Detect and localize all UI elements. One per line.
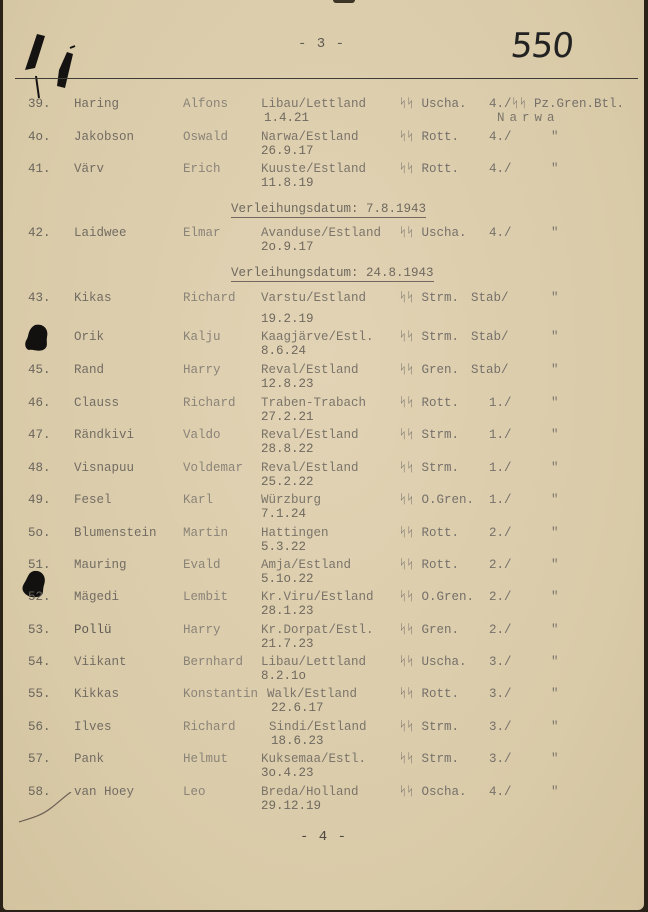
- birth-date: 19.2.19: [261, 312, 314, 326]
- ditto-mark: ": [551, 687, 559, 701]
- unit: 3./: [489, 687, 512, 701]
- rank: ᛋᛋ Rott.: [399, 526, 459, 540]
- last-name: Kikas: [74, 291, 112, 305]
- list-item: 4o. Jakobson Oswald Narwa/Estland 26.9.1…: [3, 130, 644, 166]
- entry-number: 43.: [28, 291, 51, 305]
- birthplace: Varstu/Estland: [261, 291, 366, 305]
- birthplace: Reval/Estland: [261, 461, 359, 475]
- list-item: 58. van Hoey Leo Breda/Holland 29.12.19 …: [3, 785, 644, 821]
- birth-date: 11.8.19: [261, 176, 314, 190]
- last-name: Pank: [74, 752, 104, 766]
- entry-number: 4o.: [28, 130, 51, 144]
- list-item: 48. Visnapuu Voldemar Reval/Estland 25.2…: [3, 461, 644, 497]
- rank: ᛋᛋ Oscha.: [399, 785, 467, 799]
- document-page: - 3 - 550 39. Haring Alfons Libau/Lettla…: [3, 0, 644, 910]
- unit: 4./ᛋᛋ Pz.Gren.Btl.: [489, 97, 624, 111]
- last-name: Haring: [74, 97, 119, 111]
- list-item: 56. Ilves Richard Sindi/Estland 18.6.23 …: [3, 720, 644, 756]
- unit: Stab/: [471, 363, 509, 377]
- last-name: Rand: [74, 363, 104, 377]
- ditto-mark: ": [551, 752, 559, 766]
- list-item: 47. Rändkivi Valdo Reval/Estland 28.8.22…: [3, 428, 644, 464]
- list-item: 41. Värv Erich Kuuste/Estland 11.8.19 ᛋᛋ…: [3, 162, 644, 198]
- entry-number: 5o.: [28, 526, 51, 540]
- unit: 3./: [489, 720, 512, 734]
- ditto-mark: ": [551, 130, 559, 144]
- section-heading: Verleihungsdatum: 7.8.1943: [231, 202, 426, 218]
- birth-date: 26.9.17: [261, 144, 314, 158]
- unit: 4./: [489, 226, 512, 240]
- unit: 3./: [489, 752, 512, 766]
- list-item: 53. Pollü Harry Kr.Dorpat/Estl. 21.7.23 …: [3, 623, 644, 659]
- list-item: 45. Rand Harry Reval/Estland 12.8.23 ᛋᛋ …: [3, 363, 644, 399]
- unit: 2./: [489, 623, 512, 637]
- entry-number: 42.: [28, 226, 51, 240]
- birthplace: Kr.Viru/Estland: [261, 590, 374, 604]
- birthplace: Kuksemaa/Estl.: [261, 752, 366, 766]
- birth-date: 25.2.22: [261, 475, 314, 489]
- first-name: Richard: [183, 720, 236, 734]
- last-name: Rändkivi: [74, 428, 134, 442]
- birthplace: Narwa/Estland: [261, 130, 359, 144]
- last-name: Visnapuu: [74, 461, 134, 475]
- first-name: Richard: [183, 396, 236, 410]
- birthplace: Kr.Dorpat/Estl.: [261, 623, 374, 637]
- last-name: Mauring: [74, 558, 127, 572]
- birth-date: 22.6.17: [271, 701, 324, 715]
- first-name: Lembit: [183, 590, 228, 604]
- last-name: Orik: [74, 330, 104, 344]
- first-name: Karl: [183, 493, 213, 507]
- first-name: Kalju: [183, 330, 221, 344]
- ditto-mark: ": [551, 363, 559, 377]
- entry-number: 46.: [28, 396, 51, 410]
- unit: Stab/: [471, 330, 509, 344]
- ditto-mark: ": [551, 291, 559, 305]
- first-name: Evald: [183, 558, 221, 572]
- list-item: 39. Haring Alfons Libau/Lettland 1.4.21 …: [3, 97, 644, 133]
- birthplace: Avanduse/Estland: [261, 226, 381, 240]
- birthplace: Würzburg: [261, 493, 321, 507]
- first-name: Elmar: [183, 226, 221, 240]
- birth-date: 18.6.23: [271, 734, 324, 748]
- header-rule: [15, 78, 638, 79]
- birth-date: 7.1.24: [261, 507, 306, 521]
- rank: ᛋᛋ Uscha.: [399, 655, 467, 669]
- last-name: van Hoey: [74, 785, 134, 799]
- list-item: 46. Clauss Richard Traben-Trabach 27.2.2…: [3, 396, 644, 432]
- pencil-tick-mark-icon: [17, 792, 77, 824]
- birth-date: 12.8.23: [261, 377, 314, 391]
- last-name: Värv: [74, 162, 104, 176]
- birthplace: Reval/Estland: [261, 428, 359, 442]
- ditto-mark: ": [551, 396, 559, 410]
- last-name: Kikkas: [74, 687, 119, 701]
- last-name: Clauss: [74, 396, 119, 410]
- birth-date: 3o.4.23: [261, 766, 314, 780]
- unit-line-2: Narwa: [497, 111, 560, 125]
- ditto-mark: ": [551, 162, 559, 176]
- page-number-top: - 3 -: [298, 36, 345, 52]
- first-name: Leo: [183, 785, 206, 799]
- handwritten-rune-mark-icon: [17, 30, 77, 100]
- first-name: Oswald: [183, 130, 228, 144]
- birthplace: Kuuste/Estland: [261, 162, 366, 176]
- unit: 3./: [489, 655, 512, 669]
- birthplace: Amja/Estland: [261, 558, 351, 572]
- first-name: Valdo: [183, 428, 221, 442]
- rank: ᛋᛋ Rott.: [399, 558, 459, 572]
- birthplace: Sindi/Estland: [269, 720, 367, 734]
- unit: 4./: [489, 785, 512, 799]
- ditto-mark: ": [551, 558, 559, 572]
- list-item: 51. Mauring Evald Amja/Estland 5.1o.22 ᛋ…: [3, 558, 644, 594]
- unit: 1./: [489, 493, 512, 507]
- ink-blot-icon: [23, 323, 53, 353]
- list-item: 52. Mägedi Lembit Kr.Viru/Estland 28.1.2…: [3, 590, 644, 626]
- ditto-mark: ": [551, 623, 559, 637]
- birth-date: 8.2.1o: [261, 669, 306, 683]
- list-item: 57. Pank Helmut Kuksemaa/Estl. 3o.4.23 ᛋ…: [3, 752, 644, 788]
- rank: ᛋᛋ Uscha.: [399, 226, 467, 240]
- birthplace: Traben-Trabach: [261, 396, 366, 410]
- first-name: Helmut: [183, 752, 228, 766]
- first-name: Erich: [183, 162, 221, 176]
- entry-number: 54.: [28, 655, 51, 669]
- birthplace: Reval/Estland: [261, 363, 359, 377]
- birth-date: 28.1.23: [261, 604, 314, 618]
- ditto-mark: ": [551, 526, 559, 540]
- rank: ᛋᛋ Strm.: [399, 752, 459, 766]
- unit: 1./: [489, 396, 512, 410]
- unit: 1./: [489, 461, 512, 475]
- last-name: Jakobson: [74, 130, 134, 144]
- unit: 4./: [489, 130, 512, 144]
- birth-date: 5.3.22: [261, 540, 306, 554]
- first-name: Konstantin: [183, 687, 258, 701]
- rank: ᛋᛋ Rott.: [399, 162, 459, 176]
- rank: ᛋᛋ Rott.: [399, 396, 459, 410]
- birthplace: Walk/Estland: [267, 687, 357, 701]
- ditto-mark: ": [551, 461, 559, 475]
- section-heading: Verleihungsdatum: 24.8.1943: [231, 266, 434, 282]
- rank: ᛋᛋ Strm.: [399, 330, 459, 344]
- unit: 2./: [489, 526, 512, 540]
- list-item: 49. Fesel Karl Würzburg 7.1.24 ᛋᛋ O.Gren…: [3, 493, 644, 529]
- ditto-mark: ": [551, 226, 559, 240]
- list-item: 42. Laidwee Elmar Avanduse/Estland 2o.9.…: [3, 226, 644, 262]
- first-name: Martin: [183, 526, 228, 540]
- birthplace: Libau/Lettland: [261, 655, 366, 669]
- last-name: Ilves: [74, 720, 112, 734]
- entry-number: 41.: [28, 162, 51, 176]
- binding-mark: [333, 0, 355, 3]
- rank: ᛋᛋ Gren.: [399, 623, 459, 637]
- birth-date: 27.2.21: [261, 410, 314, 424]
- last-name: Mägedi: [74, 590, 119, 604]
- entry-number: 49.: [28, 493, 51, 507]
- birthplace: Hattingen: [261, 526, 329, 540]
- rank: ᛋᛋ Strm.: [399, 291, 459, 305]
- unit: 4./: [489, 162, 512, 176]
- rank: ᛋᛋ Strm.: [399, 461, 459, 475]
- birthplace: Libau/Lettland: [261, 97, 366, 111]
- first-name: Harry: [183, 623, 221, 637]
- birth-date: 21.7.23: [261, 637, 314, 651]
- archive-stamp-number: 550: [509, 26, 575, 66]
- rank: ᛋᛋ O.Gren.: [399, 590, 474, 604]
- birth-date: 2o.9.17: [261, 240, 314, 254]
- entry-number: 53.: [28, 623, 51, 637]
- first-name: Richard: [183, 291, 236, 305]
- entry-number: 52.: [28, 590, 51, 604]
- rank: ᛋᛋ Rott.: [399, 130, 459, 144]
- unit: Stab/: [471, 291, 509, 305]
- birthplace: Kaagjärve/Estl.: [261, 330, 374, 344]
- rank: ᛋᛋ O.Gren.: [399, 493, 474, 507]
- birthplace: Breda/Holland: [261, 785, 359, 799]
- birth-date: 29.12.19: [261, 799, 321, 813]
- ditto-mark: ": [551, 590, 559, 604]
- list-item: 54. Viikant Bernhard Libau/Lettland 8.2.…: [3, 655, 644, 691]
- ditto-mark: ": [551, 493, 559, 507]
- ditto-mark: ": [551, 720, 559, 734]
- entry-number: 47.: [28, 428, 51, 442]
- birth-date: 1.4.21: [264, 111, 309, 125]
- first-name: Alfons: [183, 97, 228, 111]
- list-item: 43. Kikas Richard Varstu/Estland 19.2.19…: [3, 291, 644, 327]
- entry-number: 56.: [28, 720, 51, 734]
- page-number-bottom: - 4 -: [300, 829, 347, 845]
- unit: 2./: [489, 558, 512, 572]
- last-name: Viikant: [74, 655, 127, 669]
- last-name: Blumenstein: [74, 526, 157, 540]
- birth-date: 28.8.22: [261, 442, 314, 456]
- rank: ᛋᛋ Strm.: [399, 428, 459, 442]
- last-name: Pollü: [74, 623, 112, 637]
- rank: ᛋᛋ Gren.: [399, 363, 459, 377]
- entry-number: 45.: [28, 363, 51, 377]
- entry-number: 55.: [28, 687, 51, 701]
- unit: 2./: [489, 590, 512, 604]
- unit: 1./: [489, 428, 512, 442]
- rank: ᛋᛋ Uscha.: [399, 97, 467, 111]
- birth-date: 8.6.24: [261, 344, 306, 358]
- entry-number: 39.: [28, 97, 51, 111]
- ditto-mark: ": [551, 655, 559, 669]
- ditto-mark: ": [551, 330, 559, 344]
- first-name: Harry: [183, 363, 221, 377]
- list-item: 5o. Blumenstein Martin Hattingen 5.3.22 …: [3, 526, 644, 562]
- entry-number: 48.: [28, 461, 51, 475]
- last-name: Fesel: [74, 493, 112, 507]
- first-name: Bernhard: [183, 655, 243, 669]
- ditto-mark: ": [551, 428, 559, 442]
- rank: ᛋᛋ Rott.: [399, 687, 459, 701]
- first-name: Voldemar: [183, 461, 243, 475]
- list-item: 55. Kikkas Konstantin Walk/Estland 22.6.…: [3, 687, 644, 723]
- entry-number: 57.: [28, 752, 51, 766]
- last-name: Laidwee: [74, 226, 127, 240]
- birth-date: 5.1o.22: [261, 572, 314, 586]
- list-item: 44. Orik Kalju Kaagjärve/Estl. 8.6.24 ᛋᛋ…: [3, 330, 644, 366]
- ditto-mark: ": [551, 785, 559, 799]
- rank: ᛋᛋ Strm.: [399, 720, 459, 734]
